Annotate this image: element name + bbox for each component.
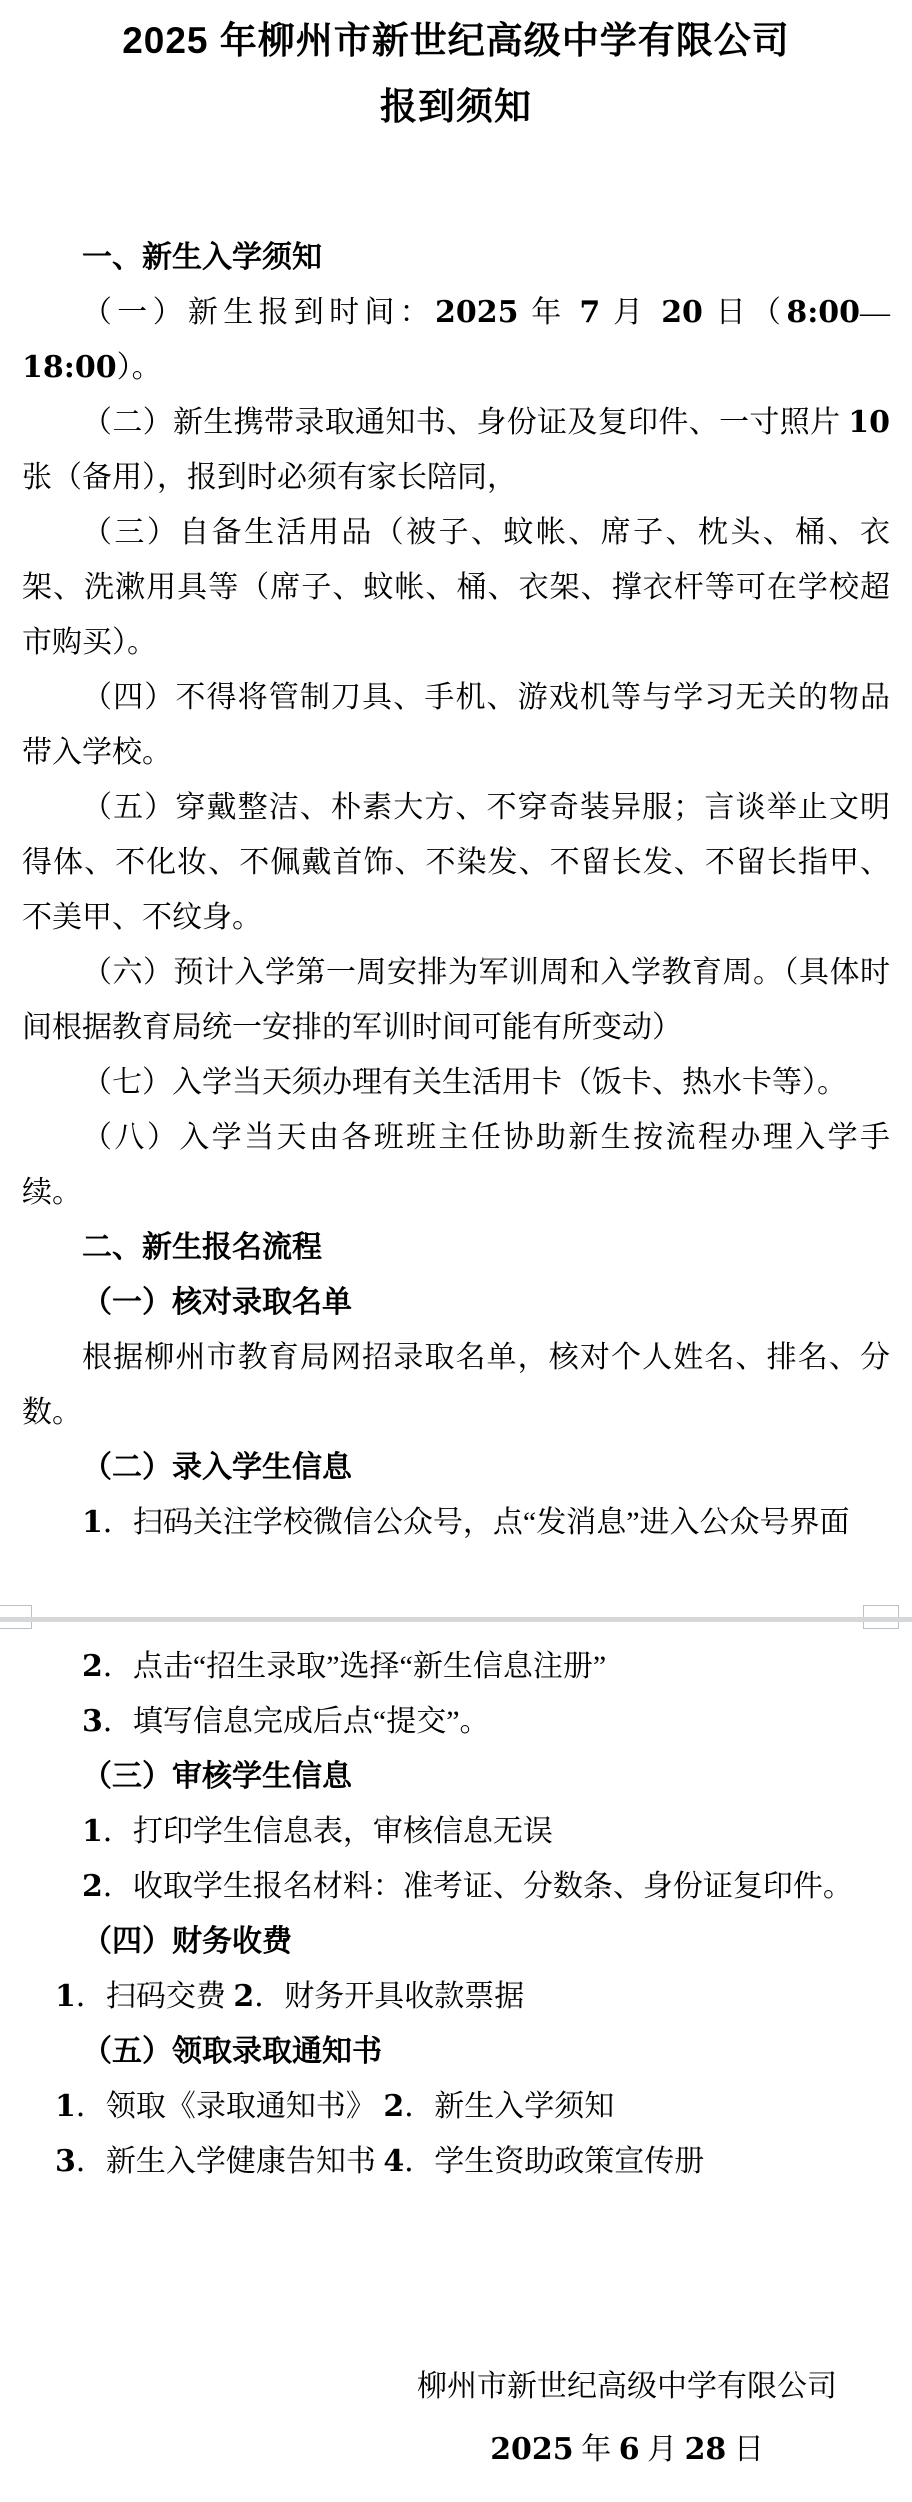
paragraph-admission-6: （六）预计入学第一周安排为军训周和入学教育周。（具体时间根据教育局统一安排的军训… [22, 945, 890, 1055]
page-break-line [0, 1617, 912, 1622]
paragraph-review-1: 1．打印学生信息表，审核信息无误 [22, 1804, 890, 1859]
paragraph-enter-info-2: 2．点击“招生录取”选择“新生信息注册” [22, 1639, 890, 1694]
paragraph-review-2: 2．收取学生报名材料：准考证、分数条、身份证复印件。 [22, 1859, 890, 1914]
subsection-1-heading: （一）核对录取名单 [22, 1275, 890, 1330]
page-break-divider [0, 1605, 912, 1631]
subsection-3-heading: （三）审核学生信息 [22, 1749, 890, 1804]
paragraph-admission-7: （七）入学当天须办理有关生活用卡（饭卡、热水卡等）。 [22, 1055, 890, 1110]
paragraph-admission-3: （三）自备生活用品（被子、蚊帐、席子、枕头、桶、衣架、洗漱用具等（席子、蚊帐、桶… [22, 505, 890, 670]
paragraph-notice-2: 3．新生入学健康告知书 4．学生资助政策宣传册 [22, 2134, 890, 2189]
paragraph-payment: 1．扫码交费 2．财务开具收款票据 [22, 1969, 890, 2024]
paragraph-admission-5: （五）穿戴整洁、朴素大方、不穿奇装异服；言谈举止文明得体、不化妆、不佩戴首饰、不… [22, 780, 890, 945]
document-page: 2025 年柳州市新世纪高级中学有限公司 报到须知 一、新生入学须知 （一）新生… [0, 0, 912, 2502]
section-1-heading: 一、新生入学须知 [22, 230, 890, 285]
signature-date: 2025 年 6 月 28 日 [490, 2422, 764, 2477]
paragraph-admission-2: （二）新生携带录取通知书、身份证及复印件、一寸照片 10 张（备用），报到时必须… [22, 395, 890, 505]
paragraph-enter-info-1: 1．扫码关注学校微信公众号，点“发消息”进入公众号界面 [22, 1495, 890, 1550]
paragraph-check-list: 根据柳州市教育局网招录取名单，核对个人姓名、排名、分数。 [22, 1330, 890, 1440]
subsection-4-heading: （四）财务收费 [22, 1914, 890, 1969]
paragraph-admission-4: （四）不得将管制刀具、手机、游戏机等与学习无关的物品带入学校。 [22, 670, 890, 780]
signature-company: 柳州市新世纪高级中学有限公司 [417, 2359, 837, 2414]
paragraph-enter-info-3: 3．填写信息完成后点“提交”。 [22, 1694, 890, 1749]
doc-title-line2: 报到须知 [22, 74, 890, 140]
doc-title-line1: 2025 年柳州市新世纪高级中学有限公司 [22, 8, 890, 74]
signature-block: 柳州市新世纪高级中学有限公司 2025 年 6 月 28 日 [407, 2359, 847, 2477]
subsection-5-heading: （五）领取录取通知书 [22, 2024, 890, 2079]
subsection-2-heading: （二）录入学生信息 [22, 1440, 890, 1495]
paragraph-notice-1: 1．领取《录取通知书》 2．新生入学须知 [22, 2079, 890, 2134]
section-2-heading: 二、新生报名流程 [22, 1220, 890, 1275]
paragraph-admission-1: （一）新生报到时间：2025 年 7 月 20 日（8:00—18:00）。 [22, 285, 890, 395]
paragraph-admission-8: （八）入学当天由各班班主任协助新生按流程办理入学手续。 [22, 1110, 890, 1220]
